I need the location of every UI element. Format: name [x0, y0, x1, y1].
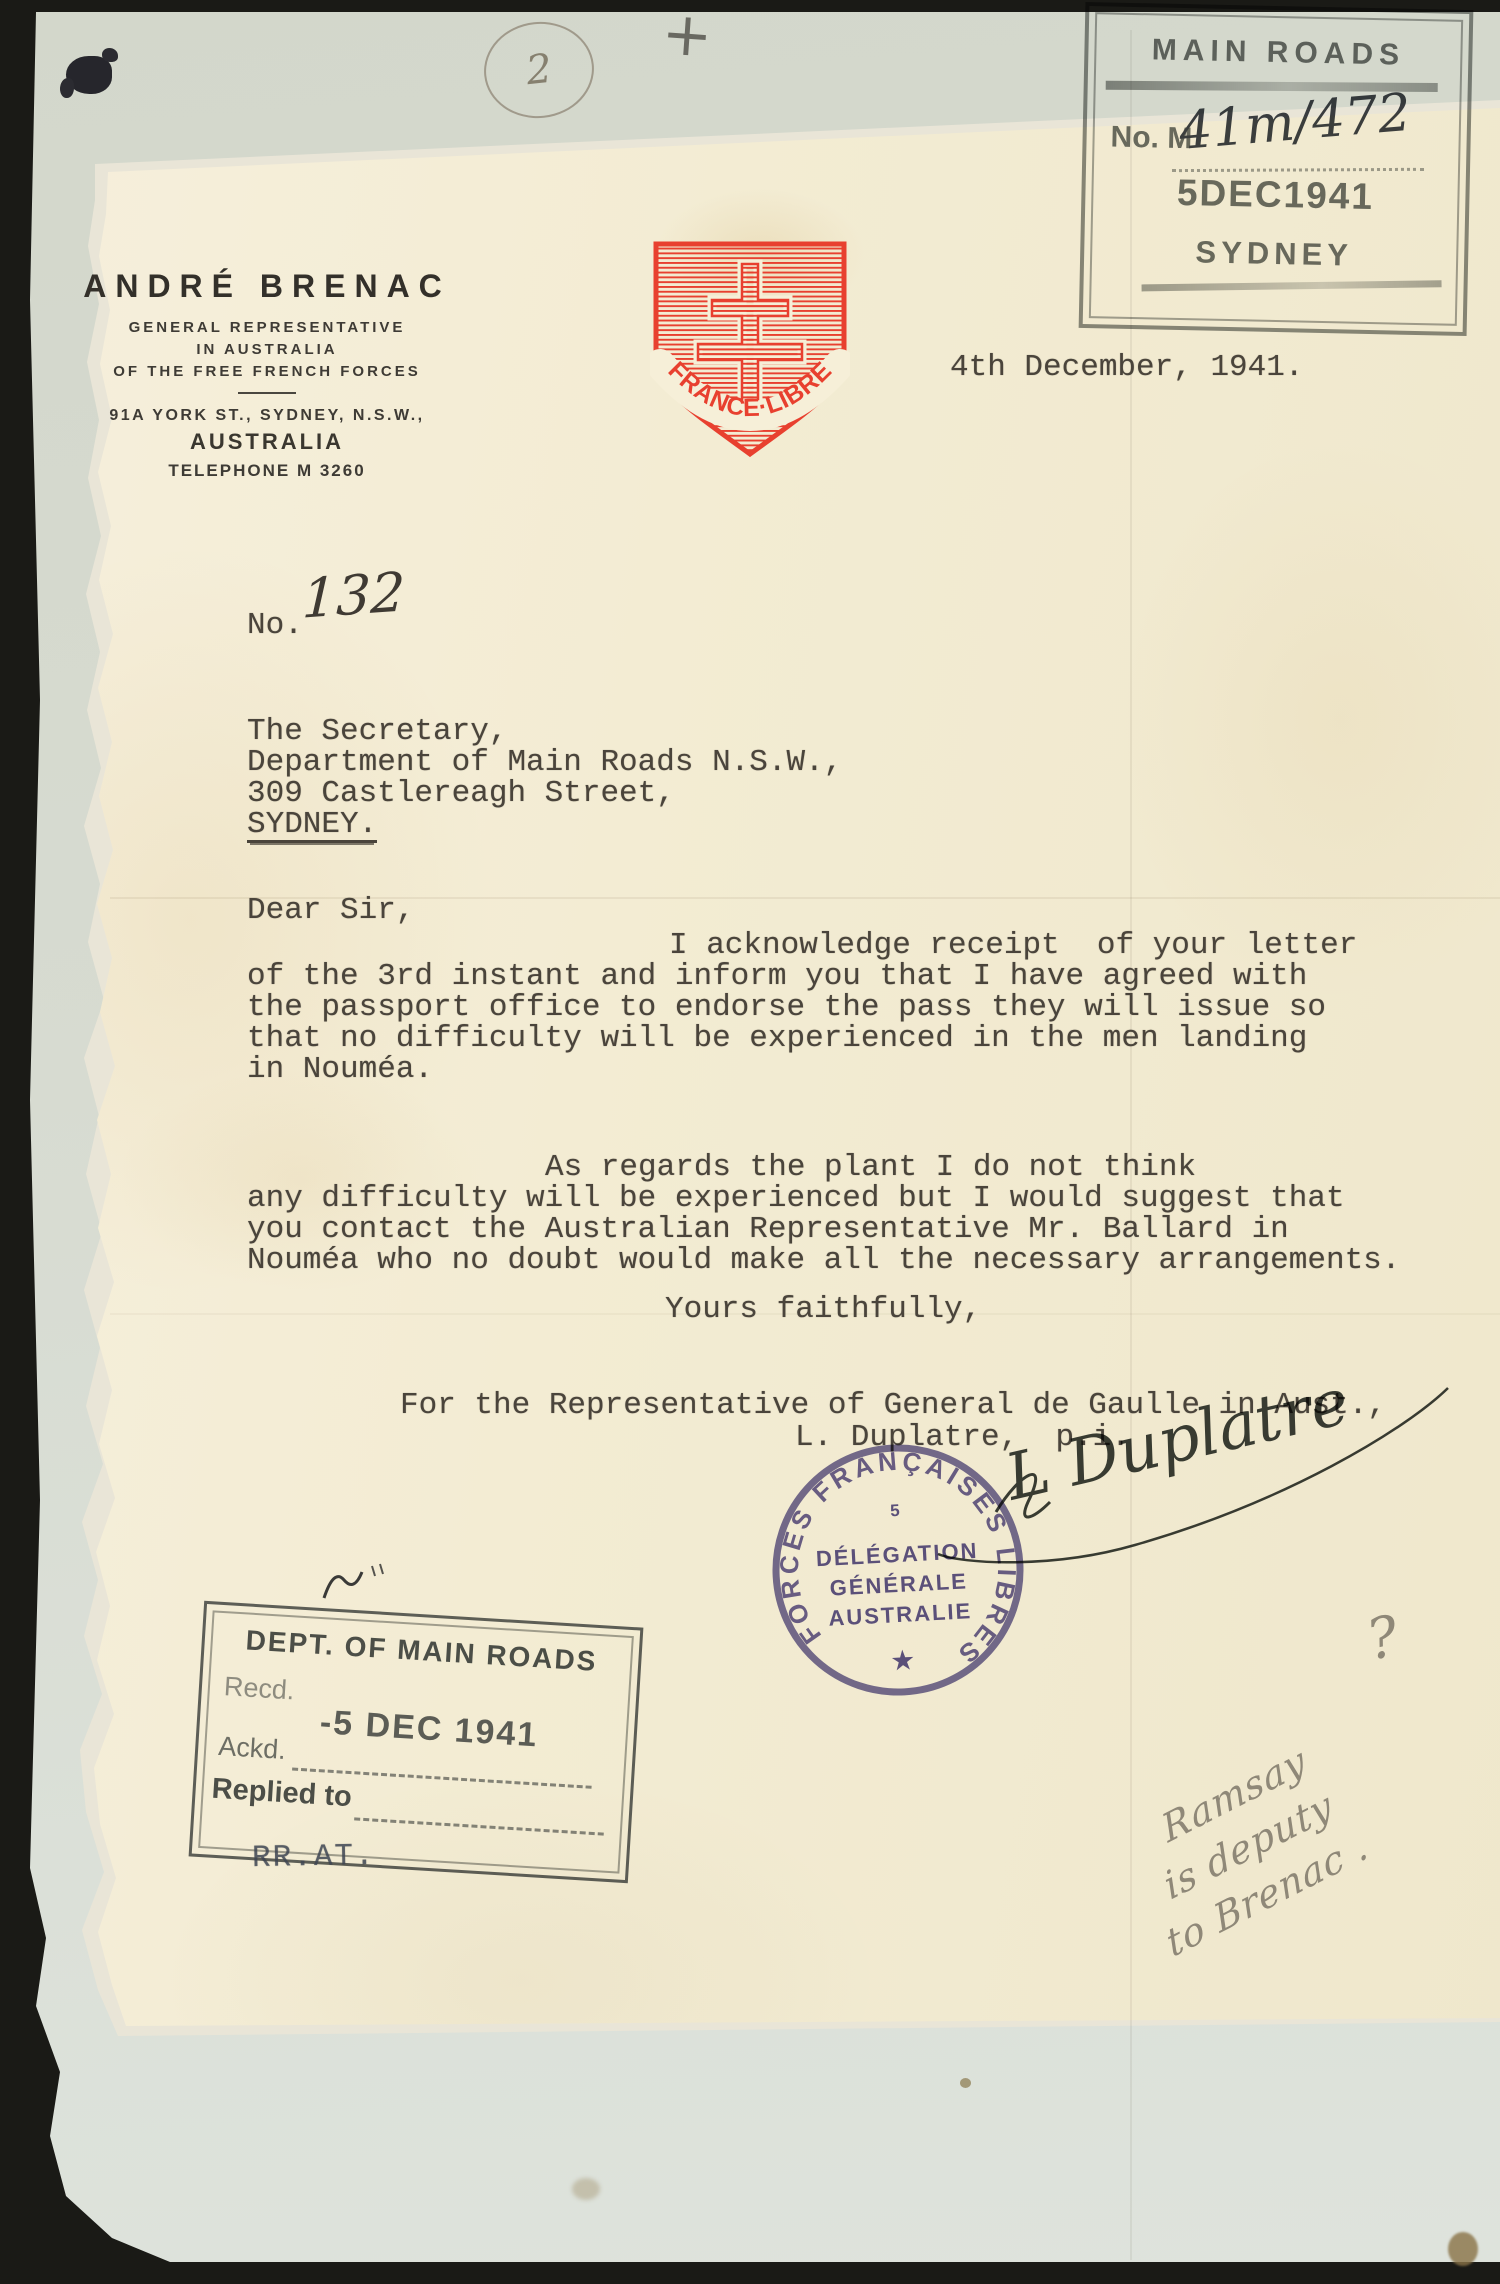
body-line: the passport office to endorse the pass … [247, 992, 1326, 1023]
ink-blot [66, 56, 112, 94]
body-line: you contact the Australian Representativ… [247, 1214, 1289, 1245]
ref-number-label: No. [247, 610, 303, 641]
body-line: of the 3rd instant and inform you that I… [247, 961, 1307, 992]
sender-title-line: OF THE FREE FRENCH FORCES [57, 361, 477, 383]
sender-name: ANDRÉ BRENAC [57, 268, 477, 305]
stamp-top-mark: 5 [890, 1501, 900, 1520]
body-line: I acknowledge receipt of your letter [669, 930, 1357, 961]
stamp-center-line: AUSTRALIE [828, 1598, 973, 1630]
stain-spot [960, 2078, 971, 2088]
stamp-recd-label: Recd. [223, 1671, 295, 1706]
recipient-line: 309 Castlereagh Street, [247, 778, 675, 809]
body-line: in Nouméa. [247, 1054, 433, 1085]
closing: Yours faithfully, [665, 1294, 981, 1325]
recipient-line: The Secretary, [247, 716, 507, 747]
stain-spot [572, 2178, 600, 2200]
body-line: Nouméa who no doubt would make all the n… [247, 1245, 1400, 1276]
letterhead-rule [238, 392, 296, 394]
scanned-letter-page: 2 + ANDRÉ BRENAC GENERAL REPRESENTATIVE … [0, 0, 1500, 2284]
letter-date: 4th December, 1941. [950, 352, 1303, 383]
stamp-date: 5DEC1941 [1085, 170, 1466, 220]
sender-title-line: GENERAL REPRESENTATIVE [57, 317, 477, 339]
stain-spot [1448, 2232, 1478, 2266]
stamp-ackd-label: Ackd. [217, 1731, 286, 1766]
signature-text: L Duplatre [998, 1365, 1356, 1516]
france-libre-crest: FRANCE·LIBRE [650, 238, 850, 468]
ink-scribble [316, 1558, 386, 1608]
recipient-line: Department of Main Roads N.S.W., [247, 747, 842, 778]
main-roads-received-stamp: MAIN ROADS No. M 41m/472 5DEC1941 SYDNEY [1079, 2, 1474, 336]
page-number: 2 [524, 46, 554, 94]
star-icon: ★ [889, 1644, 916, 1676]
sender-telephone: TELEPHONE M 3260 [57, 456, 477, 486]
body-line: that no difficulty will be experienced i… [247, 1023, 1307, 1054]
sender-title-line: IN AUSTRALIA [57, 339, 477, 361]
handwritten-signature: L Duplatre [900, 1352, 1480, 1592]
ref-number-value: 132 [301, 560, 406, 630]
clerk-initials: RR.AT. [252, 1841, 376, 1874]
sender-address: 91A YORK ST., SYDNEY, N.S.W., [57, 404, 477, 428]
plus-pen-mark: + [660, 0, 715, 72]
letterhead: ANDRÉ BRENAC GENERAL REPRESENTATIVE IN A… [57, 268, 477, 486]
sender-country: AUSTRALIA [57, 428, 477, 456]
recipient-city: SYDNEY. [247, 809, 377, 843]
salutation: Dear Sir, [247, 895, 414, 926]
body-line: any difficulty will be experienced but I… [247, 1183, 1345, 1214]
body-line: As regards the plant I do not think [545, 1152, 1196, 1183]
